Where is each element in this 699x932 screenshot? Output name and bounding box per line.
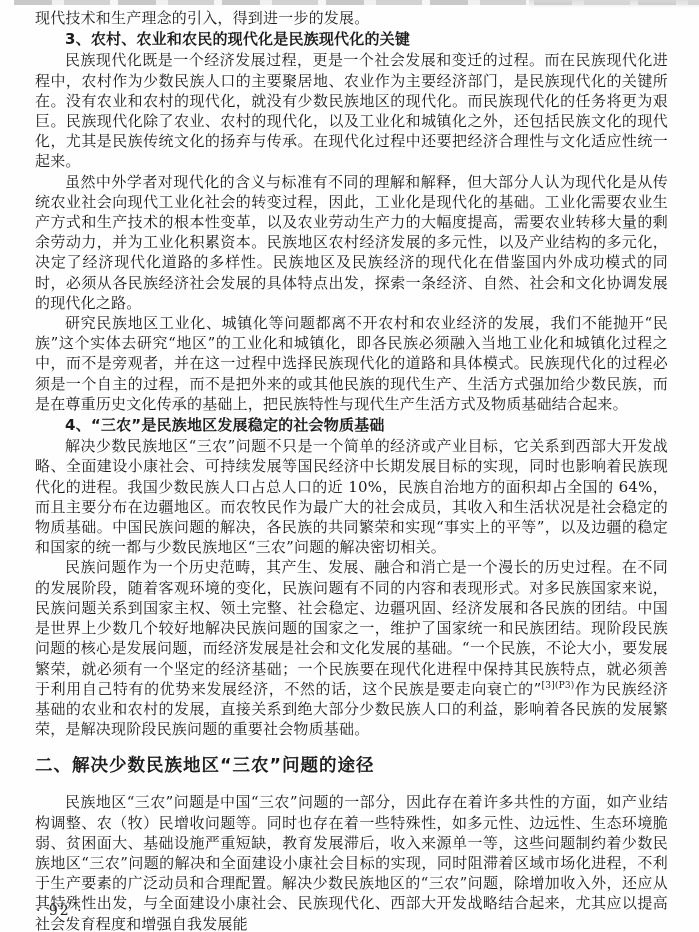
text-run: 4、“三农”是民族地区发展稳定的社会物质基础	[65, 416, 385, 434]
paragraph: 研究民族地区工业化、城镇化等问题都离不开农村和农业经济的发展，我们不能抛开“民族…	[35, 313, 668, 414]
page-number: · 92 ·	[36, 903, 84, 919]
text-run: 解决少数民族地区“三农”问题不只是一个简单的经济或产业目标，它关系到西部大开发战…	[35, 437, 668, 556]
text-run: 研究民族地区工业化、城镇化等问题都离不开农村和农业经济的发展，我们不能抛开“民族…	[35, 314, 668, 413]
document-page: 现代技术和生产理念的引入，得到进一步的发展。3、农村、农业和农民的现代化是民族现…	[0, 0, 699, 932]
section-heading: 4、“三农”是民族地区发展稳定的社会物质基础	[35, 415, 668, 435]
text-run: 现代技术和生产理念的引入，得到进一步的发展。	[35, 9, 369, 27]
text-run: 虽然中外学者对现代化的含义与标准有不同的理解和解释，但大部分人认为现代化是从传统…	[35, 173, 668, 312]
paragraph: 解决少数民族地区“三农”问题不只是一个简单的经济或产业目标，它关系到西部大开发战…	[35, 436, 668, 557]
section-heading: 3、农村、农业和农民的现代化是民族现代化的关键	[35, 29, 668, 49]
paragraph: 民族地区“三农”问题是中国“三农”问题的一部分，因此存在着许多共性的方面，如产业…	[35, 792, 668, 932]
paragraph: 民族现代化既是一个经济发展过程，更是一个社会发展和变迁的过程。而在民族现代化进程…	[35, 50, 668, 171]
citation-superscript: [3](P3)	[542, 681, 575, 691]
text-run: 二、解决少数民族地区“三农”问题的途径	[35, 756, 375, 776]
section-heading: 二、解决少数民族地区“三农”问题的途径	[35, 755, 668, 777]
paragraph: 现代技术和生产理念的引入，得到进一步的发展。	[35, 8, 668, 28]
text-run: 民族现代化既是一个经济发展过程，更是一个社会发展和变迁的过程。而在民族现代化进程…	[35, 51, 668, 170]
page-body: 现代技术和生产理念的引入，得到进一步的发展。3、农村、农业和农民的现代化是民族现…	[35, 8, 668, 932]
paragraph: 虽然中外学者对现代化的含义与标准有不同的理解和解释，但大部分人认为现代化是从传统…	[35, 172, 668, 313]
text-run: 民族问题作为一个历史范畴，其产生、发展、融合和消亡是一个漫长的历史过程。在不同的…	[35, 558, 668, 697]
text-run: 3、农村、农业和农民的现代化是民族现代化的关键	[65, 30, 410, 48]
paragraph: 民族问题作为一个历史范畴，其产生、发展、融合和消亡是一个漫长的历史过程。在不同的…	[35, 557, 668, 739]
text-run: 民族地区“三农”问题是中国“三农”问题的一部分，因此存在着许多共性的方面，如产业…	[35, 793, 668, 932]
